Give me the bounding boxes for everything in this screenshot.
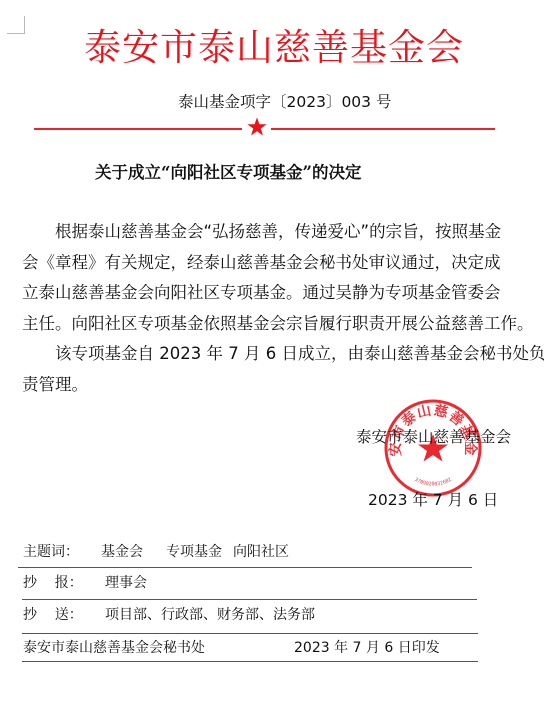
footer-divider	[18, 567, 472, 568]
keyword-item: 向阳社区	[233, 543, 289, 561]
keyword-item: 专项基金	[166, 543, 222, 561]
paragraph-line: 责管理。	[22, 370, 522, 401]
paragraph-line: 主任。向阳社区专项基金依照基金会宗旨履行职责开展公益慈善工作。	[22, 309, 522, 340]
official-seal-stamp: 泰安市泰山慈善基金会 3709020032682	[383, 398, 483, 498]
signature-date: 2023 年 7 月 6 日	[368, 490, 498, 510]
svg-text:3709020032682: 3709020032682	[413, 477, 452, 488]
footer-divider	[22, 661, 478, 662]
keywords-label: 主题词：	[23, 543, 79, 561]
signature-organization: 泰安市泰山慈善基金会	[356, 427, 511, 447]
body-paragraph-2: 该专项基金自 2023 年 7 月 6 日成立，由泰山慈善基金会秘书处负 责管理…	[22, 339, 522, 400]
paragraph-line: 立泰山慈善基金会向阳社区专项基金。通过吴静为专项基金管委会	[22, 278, 522, 309]
copy-to-label: 抄 送：	[23, 606, 83, 624]
keyword-item: 基金会	[101, 543, 143, 561]
document-heading: 关于成立“向阳社区专项基金”的决定	[95, 162, 361, 184]
star-icon	[246, 116, 268, 138]
copy-to-value: 项目部、行政部、财务部、法务部	[105, 606, 315, 624]
footer-divider	[22, 633, 478, 634]
footer-divider	[22, 599, 477, 600]
body-paragraph-1: 根据泰山慈善基金会“弘扬慈善，传递爱心”的宗旨，按照基金 会《章程》有关规定，经…	[22, 217, 522, 339]
issuer: 泰安市泰山慈善基金会秘书处	[23, 639, 205, 657]
report-to-value: 理事会	[105, 574, 147, 592]
header-divider-left	[34, 128, 242, 130]
header-divider-right	[271, 128, 495, 130]
document-number: 泰山基金项字〔2023〕003 号	[178, 92, 391, 112]
paragraph-line: 该专项基金自 2023 年 7 月 6 日成立，由泰山慈善基金会秘书处负	[22, 339, 522, 370]
paragraph-line: 根据泰山慈善基金会“弘扬慈善，传递爱心”的宗旨，按照基金	[22, 217, 522, 248]
seal-bottom-code: 3709020032682	[413, 477, 452, 488]
paragraph-line: 会《章程》有关规定，经泰山慈善基金会秘书处审议通过，决定成	[22, 248, 522, 279]
report-to-label: 抄 报：	[23, 574, 83, 592]
organization-title: 泰安市泰山慈善基金会	[0, 26, 544, 70]
issue-date: 2023 年 7 月 6 日印发	[294, 639, 440, 657]
